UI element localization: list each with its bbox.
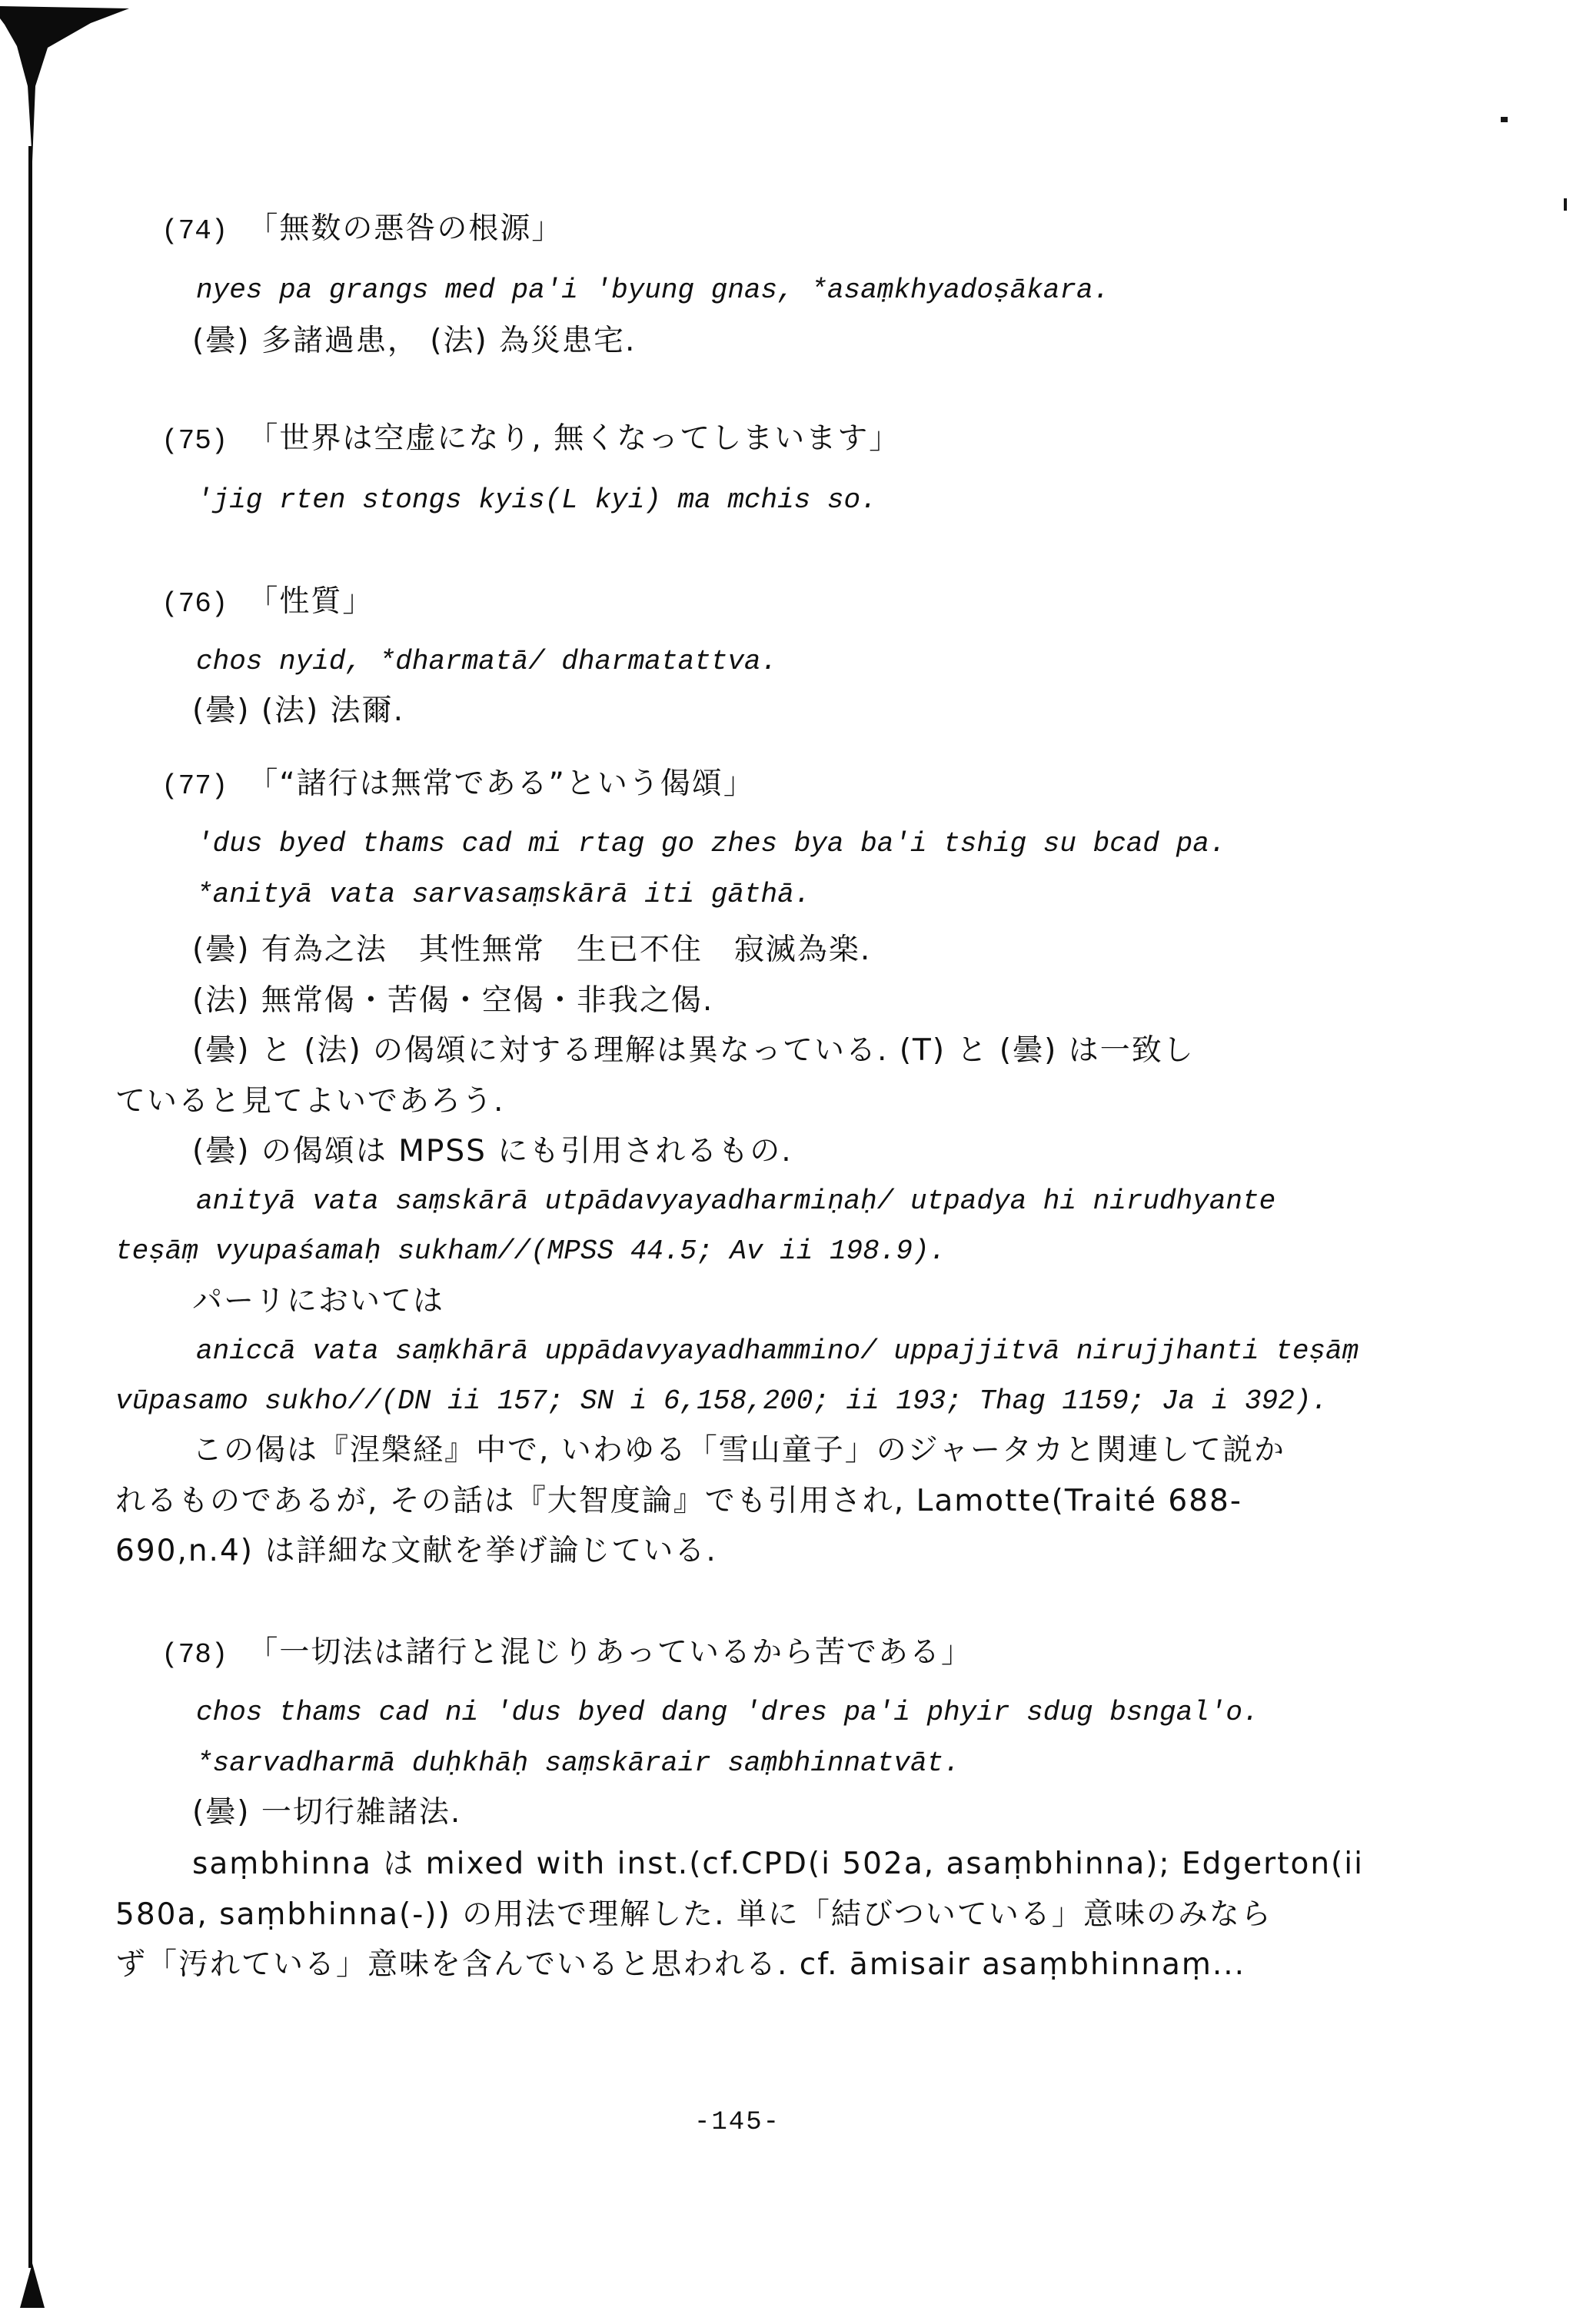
scan-speck — [1501, 117, 1508, 122]
entry-78-note-3: ず「汚れている」意味を含んでいると思われる. cf. āmisair asaṃb… — [115, 1950, 1245, 1980]
entry-78-chinese-parallel: (曇) 一切行雑諸法. — [192, 1797, 461, 1827]
entry-78-note-2: 580a, saṃbhinna(-)) の用法で理解した. 単に「結びついている… — [115, 1900, 1272, 1930]
scan-speck — [1564, 198, 1567, 211]
entry-77-commentary-2: ていると見てよいであろう. — [115, 1086, 504, 1116]
entry-78-number: (78) — [161, 1639, 228, 1671]
entry-76-title: 「性質」 — [248, 584, 374, 619]
entry-78-heading: (78)「一切法は諸行と混じりあっているから苦である」 — [161, 1637, 973, 1669]
entry-77-don-verse: (曇) 有為之法 其性無常 生已不住 寂滅為楽. — [192, 935, 871, 965]
entry-74-title: 「無数の悪咎の根源」 — [248, 211, 563, 246]
entry-78-sanskrit-reconstruction: *sarvadharmā duḥkhāḥ saṃskārair saṃbhinn… — [196, 1750, 960, 1777]
entry-77-number: (77) — [161, 770, 228, 802]
entry-75-tibetan: 'jig rten stongs kyis(L kyi) ma mchis so… — [196, 487, 877, 514]
entry-74-chinese-parallels: (曇) 多諸過患， (法) 為災患宅. — [192, 326, 636, 356]
entry-77-heading: (77)「“諸行は無常である”という偈頌」 — [161, 769, 755, 800]
entry-77-commentary-3: (曇) の偈頌は MPSS にも引用されるもの. — [192, 1136, 793, 1166]
entry-76-chinese-parallels: (曇) (法) 法爾. — [192, 696, 404, 726]
entry-77-sanskrit-verse-2: teṣāṃ vyupaśamaḥ sukham//(MPSS 44.5; Av … — [115, 1238, 946, 1265]
entry-77-pali-verse-2: vūpasamo sukho//(DN ii 157; SN i 6,158,2… — [115, 1388, 1328, 1415]
entry-77-ho-verse: (法) 無常偈・苦偈・空偈・非我之偈. — [192, 986, 713, 1016]
entry-77-commentary-1: (曇) と (法) の偈頌に対する理解は異なっている. (T) と (曇) は一… — [192, 1036, 1195, 1066]
entry-75-title: 「世界は空虚になり, 無くなってしまいます」 — [248, 421, 900, 456]
entry-74-heading: (74)「無数の悪咎の根源」 — [161, 214, 563, 245]
entry-75-heading: (75)「世界は空虚になり, 無くなってしまいます」 — [161, 424, 900, 455]
entry-77-title: 「“諸行は無常である”という偈頌」 — [248, 766, 754, 801]
entry-76-number: (76) — [161, 588, 228, 620]
entry-78-tibetan: chos thams cad ni 'dus byed dang 'dres p… — [196, 1699, 1259, 1727]
entry-77-sanskrit-verse-1: anityā vata saṃskārā utpādavyayadharmiṇa… — [196, 1188, 1275, 1215]
page-number: -145- — [694, 2108, 780, 2137]
scanned-page: (74)「無数の悪咎の根源」 nyes pa grangs med pa'i '… — [0, 0, 1583, 2324]
entry-76-heading: (76)「性質」 — [161, 587, 374, 618]
entry-74-tibetan-sanskrit: nyes pa grangs med pa'i 'byung gnas, *as… — [196, 277, 1109, 304]
entry-77-sanskrit-reconstruction: *anityā vata sarvasaṃskārā iti gāthā. — [196, 881, 810, 909]
entry-77-pali-verse-1: aniccā vata saṃkhārā uppādavyayadhammino… — [196, 1338, 1359, 1365]
entry-76-tibetan-sanskrit: chos nyid, *dharmatā/ dharmatattva. — [196, 648, 777, 676]
entry-77-discussion-1: この偈は『涅槃経』中で, いわゆる「雪山童子」のジャータカと関連して説か — [192, 1435, 1285, 1465]
entry-74-number: (74) — [161, 215, 228, 247]
entry-78-note-1: saṃbhinna は mixed with inst.(cf.CPD(i 50… — [192, 1849, 1364, 1879]
entry-77-discussion-2: れるものであるが, その話は『大智度論』でも引用され, Lamotte(Trai… — [115, 1486, 1242, 1516]
entry-77-tibetan: 'dus byed thams cad mi rtag go zhes bya … — [196, 830, 1225, 858]
entry-77-discussion-3: 690,n.4) は詳細な文献を挙げ論じている. — [115, 1536, 717, 1566]
entry-77-pali-intro: パーリにおいては — [192, 1286, 444, 1316]
entry-78-title: 「一切法は諸行と混じりあっているから苦である」 — [248, 1635, 973, 1670]
entry-75-number: (75) — [161, 425, 228, 457]
